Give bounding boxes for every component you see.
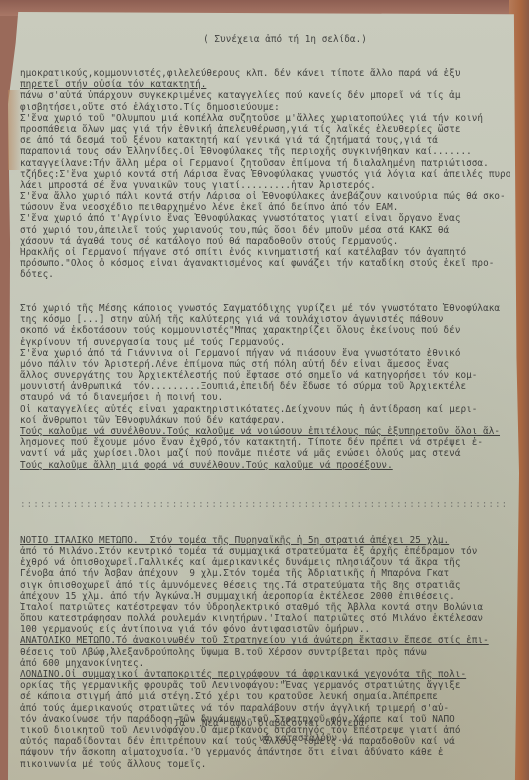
text-line: πρόσωπο."Ολος ὁ κόσμος εἶναι ἀγανακτισμέ… [20, 258, 510, 269]
text-line: λάει μπροστά σέ ἕνα γυναικῶν τους γιατί.… [20, 180, 510, 191]
section-denunciations: ημοκρατικούς,κομμουνιστές,φιλελεύθερους … [20, 68, 510, 281]
text-line: Γένοβα ἀπό τήν Ἀσβαν ἀπέχουν 9 χλμ.Στόν … [20, 568, 510, 579]
text-line: ναντί νά μᾶς χωρίσει.Όλοι μαζί πού πονᾶμ… [20, 448, 510, 459]
text-line: μόνο πάλιν τόν Ἀριστερή.Λένε ἐπίμονα πώς… [20, 359, 510, 370]
text-line: ἀπό 600 μηχανοκίνητες. [20, 658, 510, 669]
text-line: μουνιστή ἀνθρωπικά τόν.........Ξουπιά,ἐπ… [20, 381, 510, 392]
text-line: στό χωριό του,ἀπειλεῖ τούς χωριανούς του… [20, 225, 510, 236]
text-line: φισβητήσει,οὔτε στό ἐλάχιστο.Τίς δημοσιε… [20, 102, 510, 113]
text-line: ἄλλος συνεργάτης του Ἀρχιεκτέλεστής πού … [20, 370, 510, 381]
text-line: χάσουν τά ἀγαθά τους σέ κατάλογο πού θά … [20, 236, 510, 247]
text-line: σκοπό νά ἐκδοτάσουν τούς κομμουνιστές"Μπ… [20, 325, 510, 336]
text-line: σε ἀπό τά δεσμά τοῦ ξένου κατακτητή καί … [20, 135, 510, 146]
text-line: Σ'ἕνα ἄλλο χωριό πάλι κοντά στήν Λάρισα … [20, 191, 510, 202]
text-line: Ἡρακλῆς οἱ Γερμανοί πήγανε στό σπίτι ἑνό… [20, 247, 510, 258]
text-line: πικοινωνία μέ τούς ἄλλους τομεῖς. [20, 759, 510, 770]
text-line: σέ κάποια στιγμή ἀπό μιά στέγη.Στό χέρι … [20, 691, 510, 702]
text-line: Τούς καλοῦμε ἄλλη μιά φορά νά συνέλθουν.… [20, 460, 510, 471]
text-line: λησμονες πού ἔχουμε μόνο ἕναν ἐχθρό,τόν … [20, 437, 510, 448]
text-line: προσπάθεια ὅλων μας γιά τήν ἐθνική ἀπελε… [20, 124, 510, 135]
text-line: ἀπό τούς ἀμερικανούς στρατιῶτες νά τόν π… [20, 703, 510, 714]
footer-note-line2: νά κατασταλοῦν.) [8, 733, 529, 744]
text-line: καταγγείλανε:Τήν ἄλλη μέρα οἱ Γερμανοί ζ… [20, 158, 510, 169]
text-line: Σ'ἕνα χωριό ἀπό τ'Αγρίνιο ἕνας Ἐθνοφύλακ… [20, 213, 510, 224]
text-line: Σ'ἕνα χωριό ἀπό τά Γιάννινα οἱ Γερμανοί … [20, 348, 510, 359]
text-line: Οἱ καταγγελίες αὐτές εἶναι χαρακτηριστικ… [20, 404, 510, 415]
text-line: Στό χωριό τῆς Μέσης κάποιος γνωστός Σαγμ… [20, 303, 510, 314]
text-line: ἀπό τό Μιλάνο.Στόν κεντρικό τομέα τά συμ… [20, 546, 510, 557]
text-line: θέσεις τοῦ Λβώφ,Ἀλεξανδρούπολης ὕψωμα Β.… [20, 647, 510, 658]
text-line: ημοκρατικούς,κομμουνιστές,φιλελεύθερους … [20, 68, 510, 79]
text-line: κοί ἄνθρωποι τῶν Ἐθνοφυλάκων πού δέν κατ… [20, 415, 510, 426]
text-line: ΝΟΤΙΟ ΙΤΑΛΙΚΟ ΜΕΤΩΠΟ. Στόν τομέα τῆς Πυρ… [20, 535, 510, 546]
text-line: ΑΝΑΤΟΛΙΚΟ ΜΕΤΩΠΟ.Τό ἀνακοινωθέν τοῦ Στρα… [20, 635, 510, 646]
text-line: πάψουν τήν ἄσκοπη αἱματοχυσία.'Ὁ γερμανό… [20, 747, 510, 758]
text-line: πάνω σ'αὐτά ὑπάρχουν συγκεκριμένες καταγ… [20, 90, 510, 101]
dotted-separator: ::::::::::::::::::::::::::::::::::::::::… [20, 499, 510, 510]
text-line: 100 γερμανούς είς ἀντίποινα γιά τόν φόνο… [20, 624, 510, 635]
text-line: της κόσμο [...] στην αὐλή τῆς καλύτερης … [20, 314, 510, 325]
text-line: ἐγκρίνουν τή συνεργασία τους μέ τούς Γερ… [20, 337, 510, 348]
text-line: ΛΟΝΔΙΝΟ.Οἱ συμμαχικοί ἀνταποκριτές περιγ… [20, 669, 510, 680]
text-line: ἀπέχουν 15 χλμ. ἀπό τήν Ἀγκώνα.Ἡ συμμαχι… [20, 591, 510, 602]
text-line: ορκίας τῆς γερμανικῆς φρουρᾶς τοῦ Λενινο… [20, 680, 510, 691]
text-line: σιγκ ὀπισθοχωρεῖ ἀπό τίς ἀμυνόμενες θέσε… [20, 580, 510, 591]
text-line: ὅπου κατεστράφησαν πολλά ρουλεμάν κινητή… [20, 613, 510, 624]
document-body: ( Συνέχεια ἀπό τή 1η σελίδα.) ημοκρατικο… [20, 12, 510, 780]
text-line: τζήδες:Σ'ἕνα χωριό κοντά στή Λάρισα ἕνας… [20, 169, 510, 180]
text-line: παραπονιά τους σάν Ἑλληνίδες.Οἱ Ἐθνοφύλα… [20, 146, 510, 157]
text-line: Τούς καλοῦμε νά συνέλθουν.Τούς καλοῦμε ν… [20, 426, 510, 437]
text-line: Σ'ἕνα χωριό τοῦ "Ολυμπου μιά κοπέλλα συζ… [20, 113, 510, 124]
footer-note-line1: ( Τά " Νέα" ἀφοῦ διαβάζονται δλοτερά [8, 718, 519, 729]
text-line: δότες. [20, 269, 510, 280]
text-line: ἐχθρό νά ὀπισθοχωρεῖ.Γαλλικές καί ἀμερικ… [20, 557, 510, 568]
continuation-header: ( Συνέχεια ἀπό τή 1η σελίδα.) [60, 34, 510, 45]
text-line: πηρετεῖ στήν οὐσία τόν κατακτητή. [20, 79, 510, 90]
section-appeal: Στό χωριό τῆς Μέσης κάποιος γνωστός Σαγμ… [20, 303, 510, 471]
text-line: τώσουν ἕνα νεοσχέδιο πειθαρχημένο λένε ἐ… [20, 202, 510, 213]
text-line: σταυρό νά τό διανεμήσει ἡ ποινή του. [20, 392, 510, 403]
text-line: Ἰταλοί πατριῶτες κατέστρεψαν τόν ὑδροηλε… [20, 602, 510, 613]
